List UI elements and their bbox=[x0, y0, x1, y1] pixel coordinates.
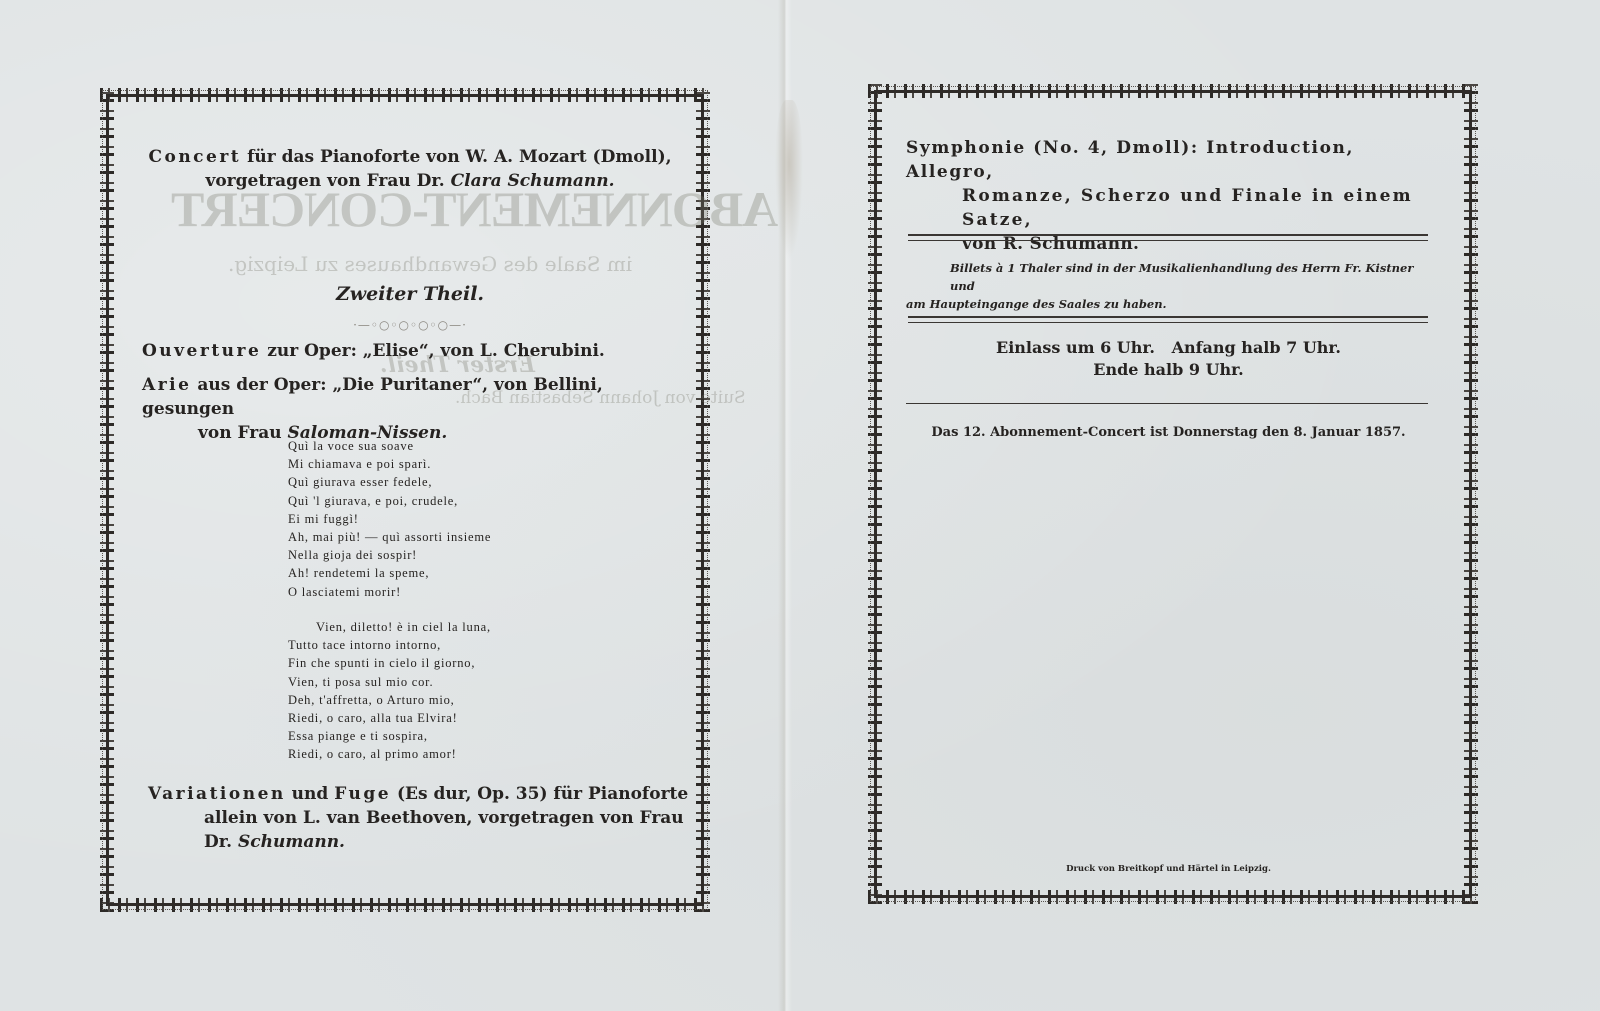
section-title-zweiter-theil: Zweiter Theil. bbox=[130, 282, 690, 306]
variationen-rest: (Es dur, Op. 35) für Pianoforte bbox=[391, 784, 688, 804]
fuge-word: Fuge bbox=[334, 784, 391, 804]
poem-line: Nella gioja dei sospir! bbox=[288, 546, 491, 564]
mozart-concert-entry: Concert für das Pianoforte von W. A. Moz… bbox=[130, 145, 690, 193]
poem-line: Quì la voce sua soave bbox=[288, 437, 491, 455]
next-concert-notice: Das 12. Abonnement-Concert ist Donnersta… bbox=[906, 424, 1431, 442]
symphonie-line-1: Symphonie (No. 4, Dmoll): Introduction, … bbox=[906, 136, 1436, 184]
billets-line-2: am Haupteingange des Saales zu haben. bbox=[906, 295, 1434, 313]
arie-entry: Arie aus der Oper: „Die Puritaner“, von … bbox=[142, 373, 687, 445]
poem-stanza-2: Vien, diletto! è in ciel la luna, Tutto … bbox=[288, 618, 491, 764]
mozart-line-1-rest: für das Pianoforte von W. A. Mozart (Dmo… bbox=[241, 147, 671, 167]
ouverture-entry: Ouverture zur Oper: „Elise“, von L. Cher… bbox=[142, 339, 687, 363]
arie-word: Arie bbox=[142, 375, 191, 395]
paper-stain bbox=[775, 100, 803, 260]
double-rule-2 bbox=[908, 316, 1428, 323]
mozart-line-2: vorgetragen von Frau Dr. Clara Schumann. bbox=[130, 169, 690, 193]
poem-line: Tutto tace intorno intorno, bbox=[288, 636, 491, 654]
billets-line-1: Billets à 1 Thaler sind in der Musikalie… bbox=[906, 259, 1434, 295]
einlass-anfang-times: Einlass um 6 Uhr. Anfang halb 7 Uhr. bbox=[906, 337, 1431, 359]
poem-line: Riedi, o caro, al primo amor! bbox=[288, 745, 491, 763]
single-rule bbox=[906, 403, 1428, 404]
poem-line: Ah, mai più! — quì assorti insieme bbox=[288, 528, 491, 546]
performer-clara-schumann: Clara Schumann. bbox=[451, 171, 615, 191]
poem-line: Deh, t'affretta, o Arturo mio, bbox=[288, 691, 491, 709]
poem-line: Fin che spunti in cielo il giorno, bbox=[288, 654, 491, 672]
mozart-line-1: Concert für das Pianoforte von W. A. Moz… bbox=[130, 145, 690, 169]
ornament-divider: ·—◦○◦○◦○◦○—· bbox=[330, 318, 490, 332]
poem-line: Vien, ti posa sul mio cor. bbox=[288, 673, 491, 691]
times-block: Einlass um 6 Uhr. Anfang halb 7 Uhr. End… bbox=[906, 337, 1431, 381]
beethoven-variationen-entry: Variationen und Fuge (Es dur, Op. 35) fü… bbox=[148, 782, 693, 854]
poem-line: Essa piange e ti sospira, bbox=[288, 727, 491, 745]
billets-notice: Billets à 1 Thaler sind in der Musikalie… bbox=[906, 259, 1434, 313]
poem-line: Quì giurava esser fedele, bbox=[288, 473, 491, 491]
poem-line: Vien, diletto! è in ciel la luna, bbox=[288, 618, 491, 636]
concert-word: Concert bbox=[148, 147, 241, 167]
arie-line-2-a: von Frau bbox=[198, 423, 288, 443]
variationen-und: und bbox=[286, 784, 334, 804]
printer-imprint: Druck von Breitkopf und Härtel in Leipzi… bbox=[906, 863, 1431, 875]
poem-line: Quì 'l giurava, e poi, crudele, bbox=[288, 492, 491, 510]
symphonie-line-2: Romanze, Scherzo und Finale in einem Sat… bbox=[906, 184, 1436, 232]
variationen-word: Variationen bbox=[148, 784, 286, 804]
poem-line: O lasciatemi morir! bbox=[288, 583, 491, 601]
mozart-line-2-a: vorgetragen von Frau Dr. bbox=[205, 171, 450, 191]
variationen-line-2: allein von L. van Beethoven, vorgetragen… bbox=[148, 806, 693, 830]
ouverture-rest: zur Oper: „Elise“, von L. Cherubini. bbox=[261, 341, 605, 361]
poem-stanza-1: Quì la voce sua soave Mi chiamava e poi … bbox=[288, 437, 491, 601]
poem-line: Mi chiamava e poi sparì. bbox=[288, 455, 491, 473]
ende-time: Ende halb 9 Uhr. bbox=[906, 359, 1431, 381]
ouverture-word: Ouverture bbox=[142, 341, 261, 361]
arie-rest: aus der Oper: „Die Puritaner“, von Belli… bbox=[142, 375, 603, 419]
poem-line: Ei mi fuggì! bbox=[288, 510, 491, 528]
poem-line: Riedi, o caro, alla tua Elvira! bbox=[288, 709, 491, 727]
double-rule-1 bbox=[908, 234, 1428, 241]
variationen-line-3-a: Dr. bbox=[204, 832, 238, 852]
performer-schumann: Schumann. bbox=[238, 832, 345, 852]
poem-line: Ah! rendetemi la speme, bbox=[288, 564, 491, 582]
